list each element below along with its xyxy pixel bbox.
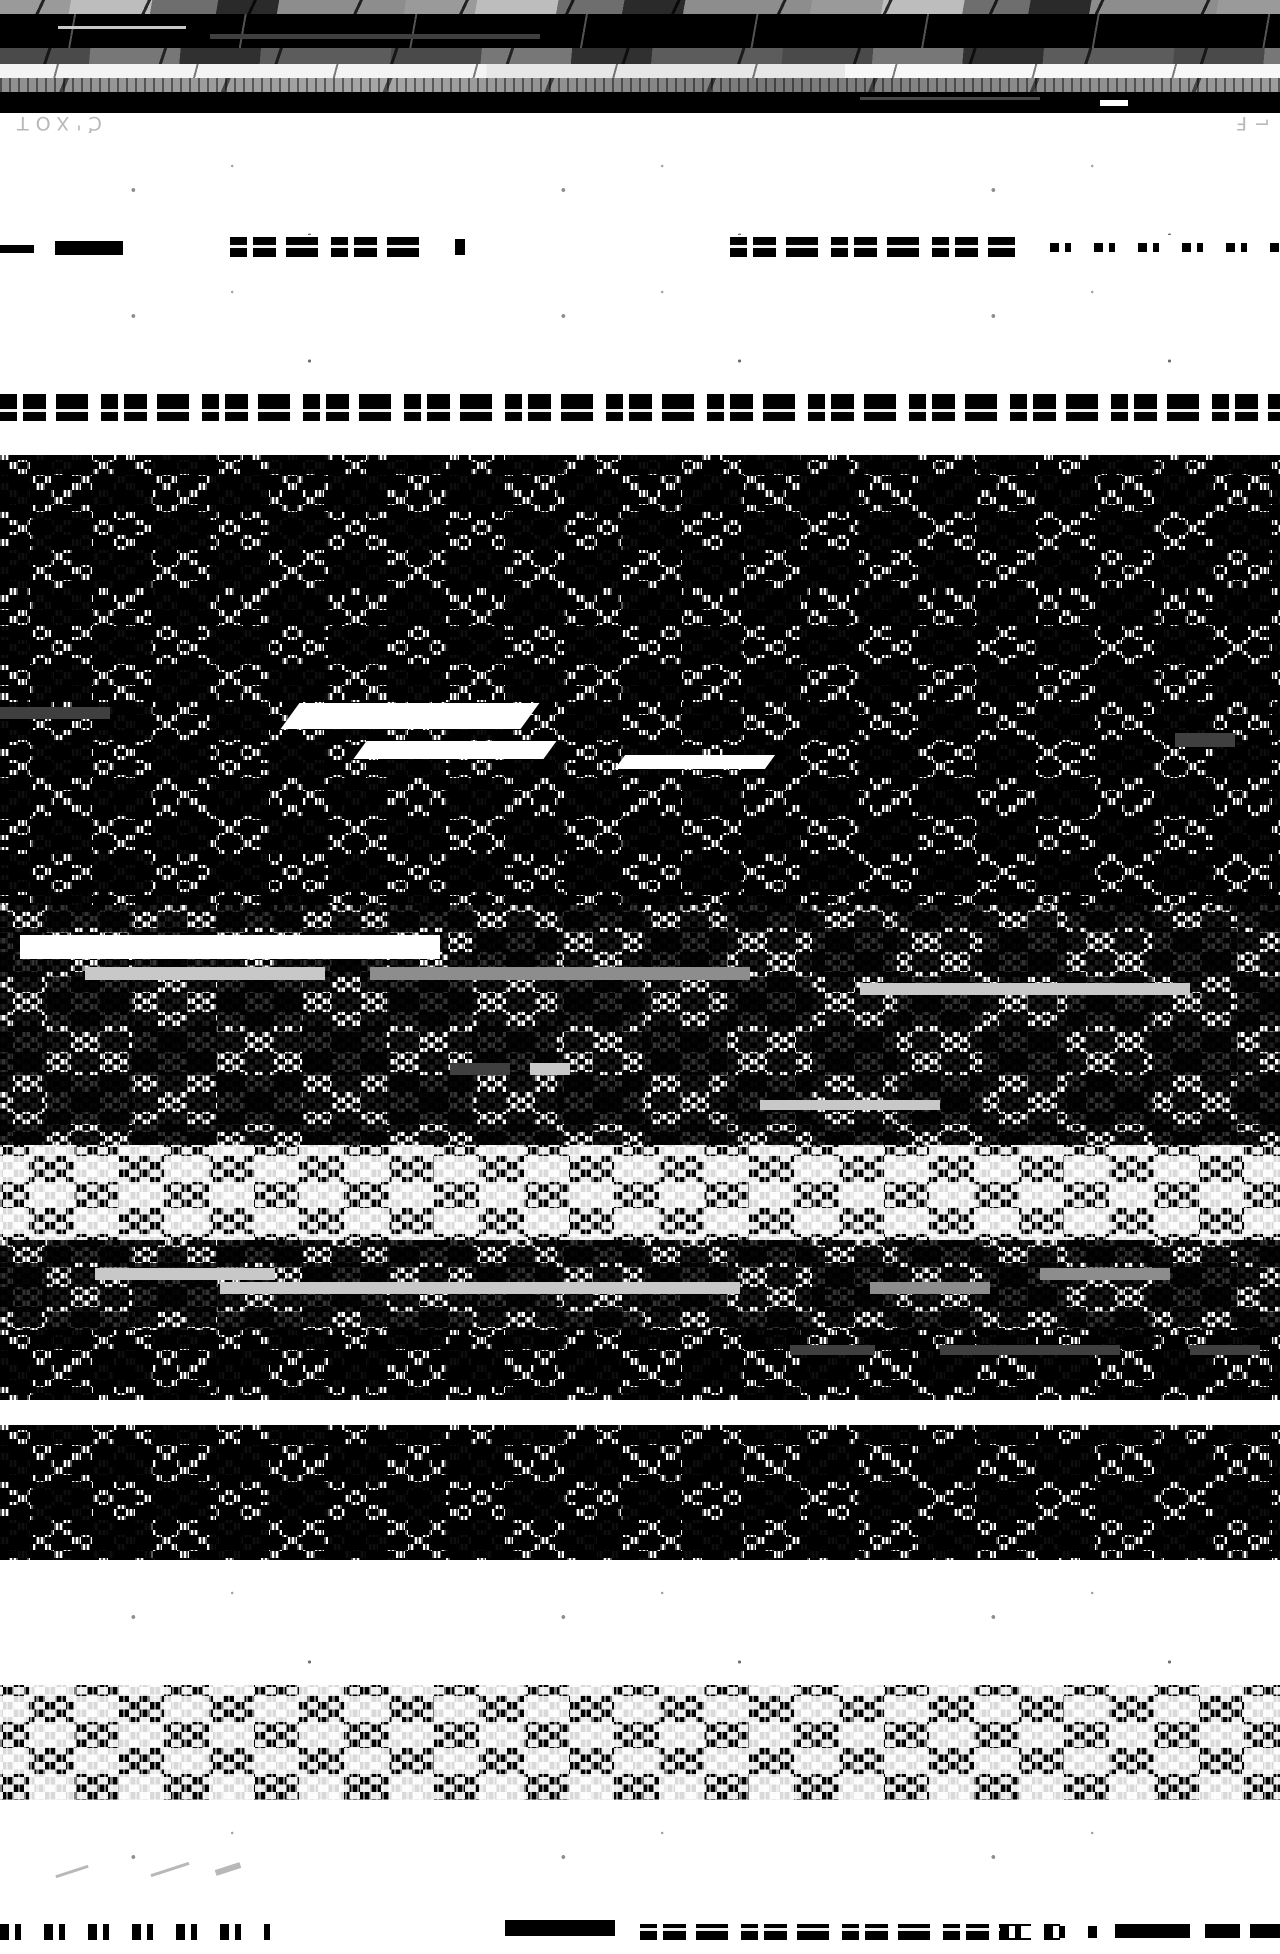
glitch-fragment: [0, 245, 34, 253]
glitch-black-band-1: [0, 14, 1280, 48]
glitch-photo-strip-top: [0, 0, 1280, 14]
glitch-fragment: [58, 26, 186, 29]
white-gap-3: [0, 421, 1280, 455]
glitch-scratch: [151, 1862, 190, 1877]
glitch-gray-streak: [760, 1100, 940, 1110]
glitch-gray-streak: [95, 1268, 275, 1280]
glitch-fragment: [20, 935, 440, 959]
glitch-fragment: [1205, 1924, 1240, 1938]
glitch-scratch: [55, 1865, 88, 1878]
glitch-fragment: [1115, 1924, 1190, 1938]
glitch-photo-strip-2: [0, 48, 1280, 64]
white-gap-6: [0, 1800, 1280, 1860]
glitch-fragment: [640, 1924, 1060, 1940]
glitch-fragment: [1000, 1926, 1100, 1938]
glitch-gray-streak: [1190, 1345, 1260, 1355]
glitch-gray-streak: [220, 1282, 740, 1294]
glitch-dash-band-2: [0, 394, 1280, 421]
glitch-fragment: [1250, 1924, 1280, 1938]
glitch-scratch: [215, 1862, 242, 1876]
glitch-fragment: [860, 97, 1040, 100]
glitch-gray-streak: [860, 983, 1190, 995]
white-gap-7: [0, 1885, 1280, 1918]
glitch-fragment: [455, 239, 465, 255]
glitch-noise-field-4: [0, 1240, 1280, 1330]
white-gap-4: [0, 1400, 1280, 1425]
glitch-black-band-2: [0, 92, 1280, 113]
faint-artifact-row: Ƈ'XOT ⌐F: [0, 113, 1280, 133]
glitch-noise-field-2: [0, 905, 1280, 1145]
glitch-dash-band-1: [0, 235, 1280, 259]
glitch-gray-strip: [0, 78, 1280, 92]
glitch-gray-streak: [870, 1282, 990, 1294]
white-gap-1: [0, 133, 1280, 235]
faint-artifact-text-left: Ƈ'XOT: [10, 113, 102, 133]
glitch-gray-streak: [1040, 1268, 1170, 1280]
white-gap-5: [0, 1560, 1280, 1685]
glitch-fragment: [1100, 100, 1128, 106]
glitch-streak: [281, 703, 540, 729]
white-bottom-margin: [0, 1944, 1280, 1954]
glitch-light-strip: [0, 64, 1280, 78]
glitch-fragment: [505, 1920, 615, 1936]
glitch-fragment: [1175, 733, 1235, 747]
glitch-fragment: [0, 707, 110, 719]
glitch-streak: [353, 741, 556, 759]
glitch-fragment: [210, 34, 540, 39]
glitch-fragment: [730, 237, 1015, 257]
glitch-gray-streak: [940, 1345, 1120, 1355]
faint-scratch-row: [0, 1860, 1280, 1885]
glitch-gray-streak: [530, 1063, 570, 1075]
glitch-dash-band-3: [0, 1918, 1280, 1944]
glitch-fragment: [1050, 243, 1280, 252]
glitch-gray-streak: [450, 1063, 510, 1075]
glitch-noise-field-3: [0, 1145, 1280, 1240]
glitch-streak: [615, 755, 775, 769]
glitch-noise-field-6: [0, 1425, 1280, 1560]
white-gap-2: [0, 259, 1280, 394]
faint-artifact-text-right: ⌐F: [1229, 113, 1270, 133]
glitch-gray-streak: [370, 967, 750, 980]
glitch-fragment: [0, 1924, 270, 1940]
glitch-gray-streak: [85, 967, 325, 980]
glitch-noise-field-7: [0, 1685, 1280, 1800]
glitch-noise-field-1: [0, 455, 1280, 905]
glitch-gray-streak: [790, 1345, 875, 1355]
glitch-fragment: [230, 237, 430, 257]
glitch-noise-field-5: [0, 1330, 1280, 1400]
corrupted-screenshot: Ƈ'XOT ⌐F: [0, 0, 1280, 1954]
glitch-fragment: [55, 241, 123, 255]
